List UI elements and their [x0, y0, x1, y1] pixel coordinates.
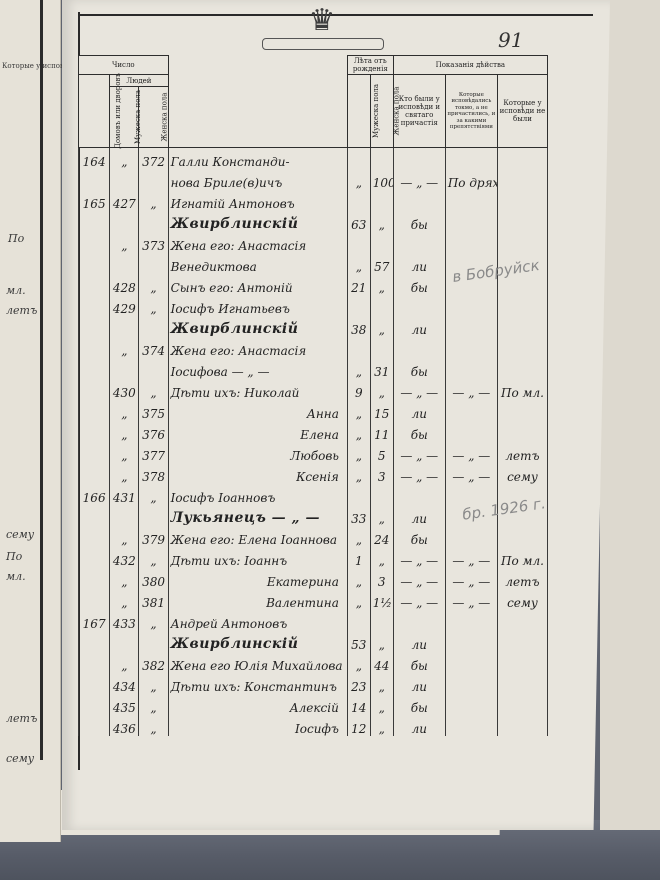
- female-number-cell: [139, 316, 168, 337]
- female-number-cell: „: [139, 673, 168, 694]
- confessed-cell: — „ —: [393, 547, 445, 568]
- female-number-cell: „: [139, 694, 168, 715]
- not-confessed-cell: [497, 400, 547, 421]
- female-number-cell: „: [139, 547, 168, 568]
- female-number-cell: „: [139, 610, 168, 631]
- name-cell: Елена: [168, 421, 347, 442]
- house-number-cell: [79, 442, 110, 463]
- confessed-cell: бы: [393, 421, 445, 442]
- name-cell: Андрей Антоновъ: [168, 610, 347, 631]
- age-male-cell: [347, 337, 370, 358]
- male-number-cell: [110, 169, 139, 190]
- name-cell: Іосифова — „ —: [168, 358, 347, 379]
- not-confessed-cell: [497, 169, 547, 190]
- not-confessed-cell: [497, 631, 547, 652]
- age-male-cell: 63: [347, 211, 370, 232]
- male-number-cell: [110, 631, 139, 652]
- name-cell: Жена его: Анастасія: [168, 232, 347, 253]
- register-page: ♛ 91 Число Лѣта отъ рожденія Показанія д…: [62, 0, 610, 830]
- age-female-cell: „: [370, 673, 393, 694]
- confessed-cell: бы: [393, 211, 445, 232]
- not-confessed-cell: [497, 295, 547, 316]
- house-number-cell: 165: [79, 190, 110, 211]
- not-confessed-cell: По мл.: [497, 379, 547, 400]
- age-male-cell: [347, 148, 370, 170]
- male-number-cell: [110, 358, 139, 379]
- table-row: Іосифова — „ —„31бы: [79, 358, 548, 379]
- age-male-cell: „: [347, 442, 370, 463]
- house-number-cell: [79, 526, 110, 547]
- age-male-cell: „: [347, 169, 370, 190]
- table-row: нова Бриле(в)ичъ„100— „ —По дряхл.: [79, 169, 548, 190]
- female-number-cell: 382: [139, 652, 168, 673]
- not-confessed-cell: [497, 652, 547, 673]
- age-female-cell: „: [370, 694, 393, 715]
- age-female-cell: 100: [370, 169, 393, 190]
- name-cell: Игнатій Антоновъ: [168, 190, 347, 211]
- age-female-cell: [370, 295, 393, 316]
- confessed-cell: бы: [393, 526, 445, 547]
- confessed-cell: ли: [393, 673, 445, 694]
- left-page-note: По: [6, 550, 22, 563]
- left-page-note: По: [8, 232, 24, 245]
- confessed-cell: [393, 232, 445, 253]
- age-female-cell: [370, 337, 393, 358]
- table-row: 166431„Іосифъ Іоанновъ: [79, 484, 548, 505]
- name-cell: Венедиктова: [168, 253, 347, 274]
- confessed-only-cell: [445, 358, 497, 379]
- not-confessed-cell: [497, 316, 547, 337]
- male-number-cell: 430: [110, 379, 139, 400]
- house-number-cell: [79, 631, 110, 652]
- age-male-cell: [347, 295, 370, 316]
- right-page-edge: [600, 0, 660, 830]
- age-female-cell: 5: [370, 442, 393, 463]
- age-male-cell: „: [347, 463, 370, 484]
- female-number-cell: 380: [139, 568, 168, 589]
- table-row: „377Любовь„5— „ —— „ —летъ: [79, 442, 548, 463]
- confessed-only-cell: [445, 400, 497, 421]
- confessed-cell: бы: [393, 652, 445, 673]
- male-number-cell: „: [110, 232, 139, 253]
- house-number-cell: [79, 253, 110, 274]
- confessed-only-cell: [445, 190, 497, 211]
- age-female-cell: 24: [370, 526, 393, 547]
- male-number-cell: 429: [110, 295, 139, 316]
- name-cell: Лукьянецъ — „ —: [168, 505, 347, 526]
- table-row: Жвирблинскій53„ли: [79, 631, 548, 652]
- confessed-cell: [393, 295, 445, 316]
- confessed-cell: [393, 148, 445, 170]
- left-page-note: мл.: [6, 570, 26, 583]
- age-female-cell: [370, 148, 393, 170]
- confessed-cell: [393, 190, 445, 211]
- age-female-cell: „: [370, 631, 393, 652]
- confessed-only-cell: — „ —: [445, 463, 497, 484]
- age-female-cell: [370, 232, 393, 253]
- table-row: „375Анна„15ли: [79, 400, 548, 421]
- house-number-cell: [79, 358, 110, 379]
- confessed-only-cell: [445, 610, 497, 631]
- house-number-cell: [79, 211, 110, 232]
- name-cell: Дѣти ихъ: Іоаннъ: [168, 547, 347, 568]
- male-number-cell: „: [110, 652, 139, 673]
- confessed-only-cell: [445, 232, 497, 253]
- name-cell: Жвирблинскій: [168, 316, 347, 337]
- age-female-cell: „: [370, 316, 393, 337]
- confessed-cell: ли: [393, 253, 445, 274]
- age-male-cell: „: [347, 652, 370, 673]
- name-cell: Іосифъ Игнатьевъ: [168, 295, 347, 316]
- imperial-crest-icon: ♛: [262, 0, 382, 55]
- not-confessed-cell: [497, 610, 547, 631]
- confessed-only-cell: [445, 673, 497, 694]
- house-number-cell: [79, 652, 110, 673]
- female-number-cell: „: [139, 190, 168, 211]
- female-number-cell: [139, 631, 168, 652]
- not-confessed-cell: [497, 715, 547, 736]
- table-row: 167433„Андрей Антоновъ: [79, 610, 548, 631]
- female-number-cell: 376: [139, 421, 168, 442]
- age-female-cell: 57: [370, 253, 393, 274]
- house-number-cell: [79, 400, 110, 421]
- female-number-cell: 375: [139, 400, 168, 421]
- male-number-cell: [110, 211, 139, 232]
- not-confessed-cell: [497, 526, 547, 547]
- name-cell: нова Бриле(в)ичъ: [168, 169, 347, 190]
- left-page-note: мл.: [6, 284, 26, 297]
- male-number-cell: 435: [110, 694, 139, 715]
- table-row: 165427„Игнатій Антоновъ: [79, 190, 548, 211]
- name-cell: Іосифъ: [168, 715, 347, 736]
- table-row: „382Жена его Юлія Михайлова„44бы: [79, 652, 548, 673]
- left-page-note: сему: [6, 752, 34, 765]
- male-number-cell: [110, 253, 139, 274]
- male-number-cell: 428: [110, 274, 139, 295]
- male-number-cell: „: [110, 526, 139, 547]
- not-confessed-cell: сему: [497, 589, 547, 610]
- house-number-cell: 167: [79, 610, 110, 631]
- not-confessed-cell: [497, 337, 547, 358]
- male-number-cell: 427: [110, 190, 139, 211]
- age-male-cell: „: [347, 400, 370, 421]
- confessed-cell: ли: [393, 316, 445, 337]
- confessed-cell: бы: [393, 358, 445, 379]
- confessed-cell: — „ —: [393, 568, 445, 589]
- house-number-cell: [79, 421, 110, 442]
- house-number-cell: [79, 694, 110, 715]
- name-cell: Жвирблинскій: [168, 211, 347, 232]
- female-number-cell: „: [139, 484, 168, 505]
- confessed-cell: ли: [393, 631, 445, 652]
- house-number-cell: [79, 589, 110, 610]
- female-number-cell: „: [139, 274, 168, 295]
- not-confessed-cell: летъ: [497, 442, 547, 463]
- age-female-cell: 44: [370, 652, 393, 673]
- confessed-cell: — „ —: [393, 589, 445, 610]
- age-female-cell: 1½: [370, 589, 393, 610]
- name-cell: Валентина: [168, 589, 347, 610]
- not-confessed-cell: летъ: [497, 568, 547, 589]
- name-cell: Алексій: [168, 694, 347, 715]
- male-number-cell: „: [110, 337, 139, 358]
- table-row: „374Жена его: Анастасія: [79, 337, 548, 358]
- age-male-cell: „: [347, 358, 370, 379]
- male-number-cell: „: [110, 589, 139, 610]
- confessed-only-cell: [445, 211, 497, 232]
- confession-group-header: Показанія дѣйства: [393, 56, 547, 75]
- not-confessed-cell: По мл.: [497, 547, 547, 568]
- female-number-cell: 378: [139, 463, 168, 484]
- not-confessed-cell: [497, 694, 547, 715]
- confession-col2-header: Которые исповѣдались токмо, а не причаст…: [445, 75, 497, 148]
- table-row: „380Екатерина„3— „ —— „ —летъ: [79, 568, 548, 589]
- left-page-edge: Которые у исповѣди не были По мл. летъ с…: [0, 0, 61, 842]
- house-number-cell: [79, 169, 110, 190]
- female-number-cell: [139, 253, 168, 274]
- age-male-cell: [347, 484, 370, 505]
- house-number-cell: [79, 295, 110, 316]
- table-row: „378Ксенія„3— „ —— „ —сему: [79, 463, 548, 484]
- register-table: Число Лѣта отъ рожденія Показанія дѣйств…: [78, 55, 548, 736]
- left-page-note: сему: [6, 528, 34, 541]
- male-number-cell: „: [110, 400, 139, 421]
- age-female-cell: 15: [370, 400, 393, 421]
- age-female-cell: „: [370, 715, 393, 736]
- male-number-cell: „: [110, 421, 139, 442]
- female-number-cell: 374: [139, 337, 168, 358]
- age-male-cell: 38: [347, 316, 370, 337]
- table-row: 430„Дѣти ихъ: Николай9„— „ —— „ —По мл.: [79, 379, 548, 400]
- name-cell: Сынъ его: Антоній: [168, 274, 347, 295]
- age-female-cell: 3: [370, 568, 393, 589]
- confessed-only-cell: [445, 421, 497, 442]
- confessed-only-cell: [445, 526, 497, 547]
- age-female-cell: „: [370, 505, 393, 526]
- male-number-cell: 436: [110, 715, 139, 736]
- not-confessed-cell: [497, 211, 547, 232]
- confessed-only-cell: [445, 715, 497, 736]
- age-female-cell: „: [370, 274, 393, 295]
- not-confessed-cell: [497, 148, 547, 170]
- confessed-only-cell: [445, 694, 497, 715]
- confessed-cell: бы: [393, 274, 445, 295]
- confessed-only-cell: [445, 652, 497, 673]
- confessed-only-cell: — „ —: [445, 568, 497, 589]
- name-cell: Жвирблинскій: [168, 631, 347, 652]
- age-female-cell: „: [370, 379, 393, 400]
- confessed-only-cell: — „ —: [445, 379, 497, 400]
- count-group-header: Число: [79, 56, 169, 75]
- female-number-cell: 379: [139, 526, 168, 547]
- house-number-cell: [79, 568, 110, 589]
- age-female-cell: 11: [370, 421, 393, 442]
- age-male-cell: 1: [347, 547, 370, 568]
- female-number-cell: „: [139, 379, 168, 400]
- confessed-cell: — „ —: [393, 463, 445, 484]
- age-female-cell: [370, 610, 393, 631]
- female-number-cell: [139, 169, 168, 190]
- confession-col3-header: Которые у исповѣди не были: [497, 75, 547, 148]
- table-row: „373Жена его: Анастасія: [79, 232, 548, 253]
- male-number-cell: 434: [110, 673, 139, 694]
- male-number-cell: „: [110, 568, 139, 589]
- table-row: 434„Дѣти ихъ: Константинъ23„ли: [79, 673, 548, 694]
- table-row: „379Жена его: Елена Іоаннова„24бы: [79, 526, 548, 547]
- age-male-cell: „: [347, 253, 370, 274]
- age-male-column-header: Мужеска пола: [347, 75, 370, 148]
- age-male-cell: 21: [347, 274, 370, 295]
- age-male-cell: [347, 610, 370, 631]
- confessed-only-cell: — „ —: [445, 442, 497, 463]
- confessed-only-cell: [445, 631, 497, 652]
- left-page-note: летъ: [6, 712, 37, 725]
- female-column-header: Женска пола: [139, 87, 168, 148]
- house-number-cell: [79, 673, 110, 694]
- name-cell: Жена его: Анастасія: [168, 337, 347, 358]
- female-number-cell: [139, 358, 168, 379]
- name-cell: Жена его: Елена Іоаннова: [168, 526, 347, 547]
- age-male-cell: 53: [347, 631, 370, 652]
- page-number: 91: [498, 28, 523, 52]
- table-row: 429„Іосифъ Игнатьевъ: [79, 295, 548, 316]
- age-male-cell: „: [347, 568, 370, 589]
- male-number-cell: 433: [110, 610, 139, 631]
- not-confessed-cell: [497, 421, 547, 442]
- age-female-cell: [370, 484, 393, 505]
- male-number-cell: „: [110, 463, 139, 484]
- age-male-cell: 23: [347, 673, 370, 694]
- age-male-cell: 33: [347, 505, 370, 526]
- name-cell: Анна: [168, 400, 347, 421]
- confessed-cell: бы: [393, 694, 445, 715]
- age-female-cell: „: [370, 211, 393, 232]
- house-number-cell: [79, 379, 110, 400]
- confessed-only-cell: — „ —: [445, 547, 497, 568]
- age-female-cell: [370, 190, 393, 211]
- age-male-cell: 12: [347, 715, 370, 736]
- age-group-header: Лѣта отъ рожденія: [347, 56, 393, 75]
- age-male-cell: 9: [347, 379, 370, 400]
- not-confessed-cell: [497, 358, 547, 379]
- table-row: 432„Дѣти ихъ: Іоаннъ1„— „ —— „ —По мл.: [79, 547, 548, 568]
- female-number-cell: „: [139, 295, 168, 316]
- male-number-cell: [110, 505, 139, 526]
- confessed-cell: ли: [393, 400, 445, 421]
- age-male-cell: „: [347, 526, 370, 547]
- male-number-cell: „: [110, 442, 139, 463]
- female-number-cell: 381: [139, 589, 168, 610]
- confessed-only-cell: [445, 148, 497, 170]
- name-cell: Іосифъ Іоанновъ: [168, 484, 347, 505]
- female-number-cell: [139, 211, 168, 232]
- confessed-only-cell: [445, 316, 497, 337]
- female-number-cell: „: [139, 715, 168, 736]
- age-female-cell: „: [370, 547, 393, 568]
- confessed-cell: [393, 610, 445, 631]
- confessed-only-cell: [445, 295, 497, 316]
- confessed-only-cell: По дряхл.: [445, 169, 497, 190]
- confessed-cell: — „ —: [393, 442, 445, 463]
- house-number-cell: 164: [79, 148, 110, 170]
- male-number-cell: 431: [110, 484, 139, 505]
- confessed-cell: ли: [393, 715, 445, 736]
- age-male-cell: 14: [347, 694, 370, 715]
- female-number-cell: 377: [139, 442, 168, 463]
- table-row: „381Валентина„1½— „ —— „ —сему: [79, 589, 548, 610]
- table-row: 435„Алексій14„бы: [79, 694, 548, 715]
- name-cell: Галли Констанди-: [168, 148, 347, 170]
- households-column-header: Домовъ или дворовъ: [79, 75, 110, 148]
- age-male-cell: „: [347, 421, 370, 442]
- confessed-cell: [393, 484, 445, 505]
- male-number-cell: [110, 316, 139, 337]
- confessed-cell: — „ —: [393, 379, 445, 400]
- age-female-cell: 31: [370, 358, 393, 379]
- house-number-cell: [79, 274, 110, 295]
- name-cell: Дѣти ихъ: Константинъ: [168, 673, 347, 694]
- male-number-cell: „: [110, 148, 139, 170]
- house-number-cell: [79, 505, 110, 526]
- age-male-cell: [347, 232, 370, 253]
- left-page-note: летъ: [6, 304, 37, 317]
- confessed-cell: [393, 337, 445, 358]
- male-number-cell: 432: [110, 547, 139, 568]
- confessed-cell: — „ —: [393, 169, 445, 190]
- age-female-cell: 3: [370, 463, 393, 484]
- table-row: Жвирблинскій63„бы: [79, 211, 548, 232]
- name-cell: Ксенія: [168, 463, 347, 484]
- table-row: „376Елена„11бы: [79, 421, 548, 442]
- name-cell: Любовь: [168, 442, 347, 463]
- left-page-border-rule: [40, 0, 43, 760]
- age-male-cell: [347, 190, 370, 211]
- age-male-cell: „: [347, 589, 370, 610]
- name-cell: Жена его Юлія Михайлова: [168, 652, 347, 673]
- confessed-only-cell: [445, 337, 497, 358]
- house-number-cell: [79, 337, 110, 358]
- name-cell: Екатерина: [168, 568, 347, 589]
- female-number-cell: 372: [139, 148, 168, 170]
- house-number-cell: [79, 232, 110, 253]
- not-confessed-cell: [497, 190, 547, 211]
- confessed-only-cell: — „ —: [445, 589, 497, 610]
- house-number-cell: [79, 547, 110, 568]
- table-row: Жвирблинскій38„ли: [79, 316, 548, 337]
- name-cell: Дѣти ихъ: Николай: [168, 379, 347, 400]
- not-confessed-cell: [497, 232, 547, 253]
- confessed-cell: ли: [393, 505, 445, 526]
- female-number-cell: 373: [139, 232, 168, 253]
- house-number-cell: [79, 715, 110, 736]
- name-column-header: [168, 56, 347, 148]
- table-row: 164„372Галли Констанди-: [79, 148, 548, 170]
- not-confessed-cell: [497, 673, 547, 694]
- confession-col1-header: Кто были у исповѣди и святаго причастія: [393, 75, 445, 148]
- house-number-cell: 166: [79, 484, 110, 505]
- house-number-cell: [79, 463, 110, 484]
- not-confessed-cell: сему: [497, 463, 547, 484]
- table-row: 436„Іосифъ12„ли: [79, 715, 548, 736]
- female-number-cell: [139, 505, 168, 526]
- house-number-cell: [79, 316, 110, 337]
